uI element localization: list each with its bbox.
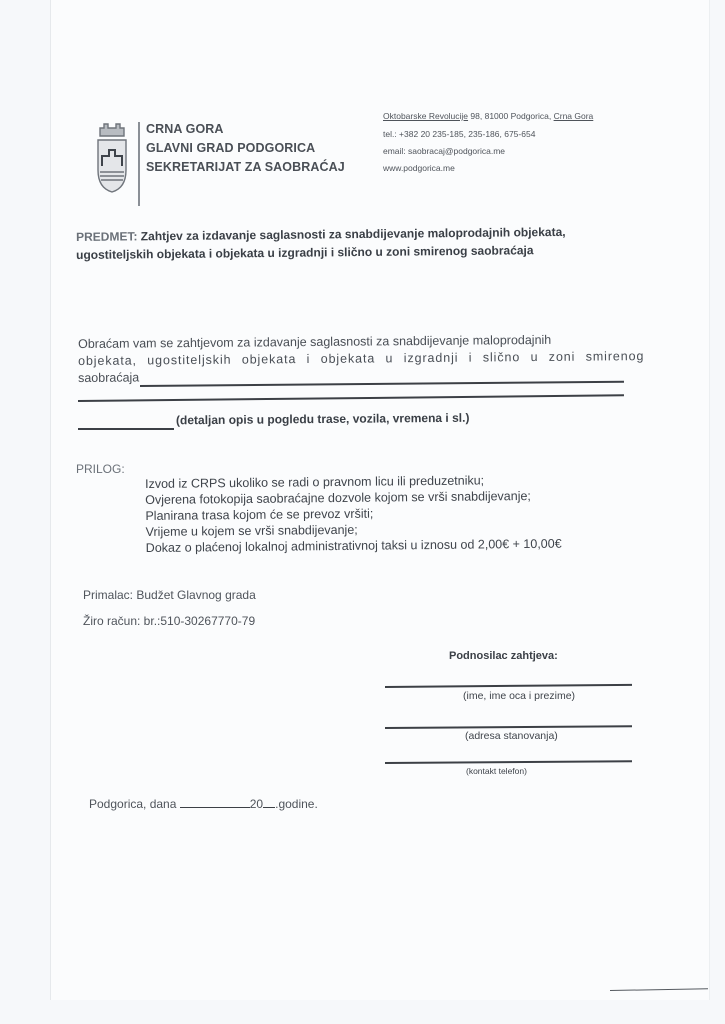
org-name-country: CRNA GORA (146, 120, 224, 139)
org-name-city: GLAVNI GRAD PODGORICA (146, 139, 315, 158)
contact-website: www.podgorica.me (383, 162, 455, 175)
address-rest: 98, 81000 Podgorica, (468, 111, 554, 121)
description-note: (detaljan opis u pogledu trase, vozila, … (176, 411, 470, 428)
payment-recipient: Primalac: Budžet Glavnog grada (83, 588, 256, 602)
attachments-label: PRILOG: (76, 462, 125, 476)
contact-address: Oktobarske Revolucije 98, 81000 Podgoric… (383, 110, 593, 123)
address-street: Oktobarske Revolucije (383, 111, 468, 121)
date-day-field[interactable] (180, 797, 250, 808)
description-blank-line-3[interactable] (78, 428, 174, 430)
date-year-field[interactable] (263, 797, 275, 808)
subject-label: PREDMET: (76, 229, 137, 244)
header-divider (138, 122, 140, 206)
date-prefix: Podgorica, dana (89, 797, 176, 811)
org-name-department: SEKRETARIJAT ZA SAOBRAĆAJ (146, 158, 345, 177)
contact-phone: tel.: +382 20 235-185, 235-186, 675-654 (383, 128, 535, 141)
date-year-prefix: 20 (250, 797, 263, 811)
attachments-list: Izvod iz CRPS ukoliko se radi o pravnom … (145, 472, 562, 556)
payment-account: Žiro račun: br.:510-30267770-79 (83, 614, 255, 628)
request-line-3: saobraćaja (78, 369, 139, 387)
applicant-name-caption: (ime, ime oca i prezime) (463, 690, 575, 702)
coat-of-arms-icon (96, 118, 128, 194)
date-suffix: .godine. (275, 797, 318, 811)
contact-email: email: saobracaj@podgorica.me (383, 145, 505, 158)
date-line: Podgorica, dana 20.godine. (89, 797, 318, 811)
applicant-address-caption: (adresa stanovanja) (465, 730, 558, 742)
applicant-title: Podnosilac zahtjeva: (449, 650, 558, 662)
address-country: Crna Gora (554, 111, 594, 121)
applicant-phone-caption: (kontakt telefon) (466, 766, 527, 776)
